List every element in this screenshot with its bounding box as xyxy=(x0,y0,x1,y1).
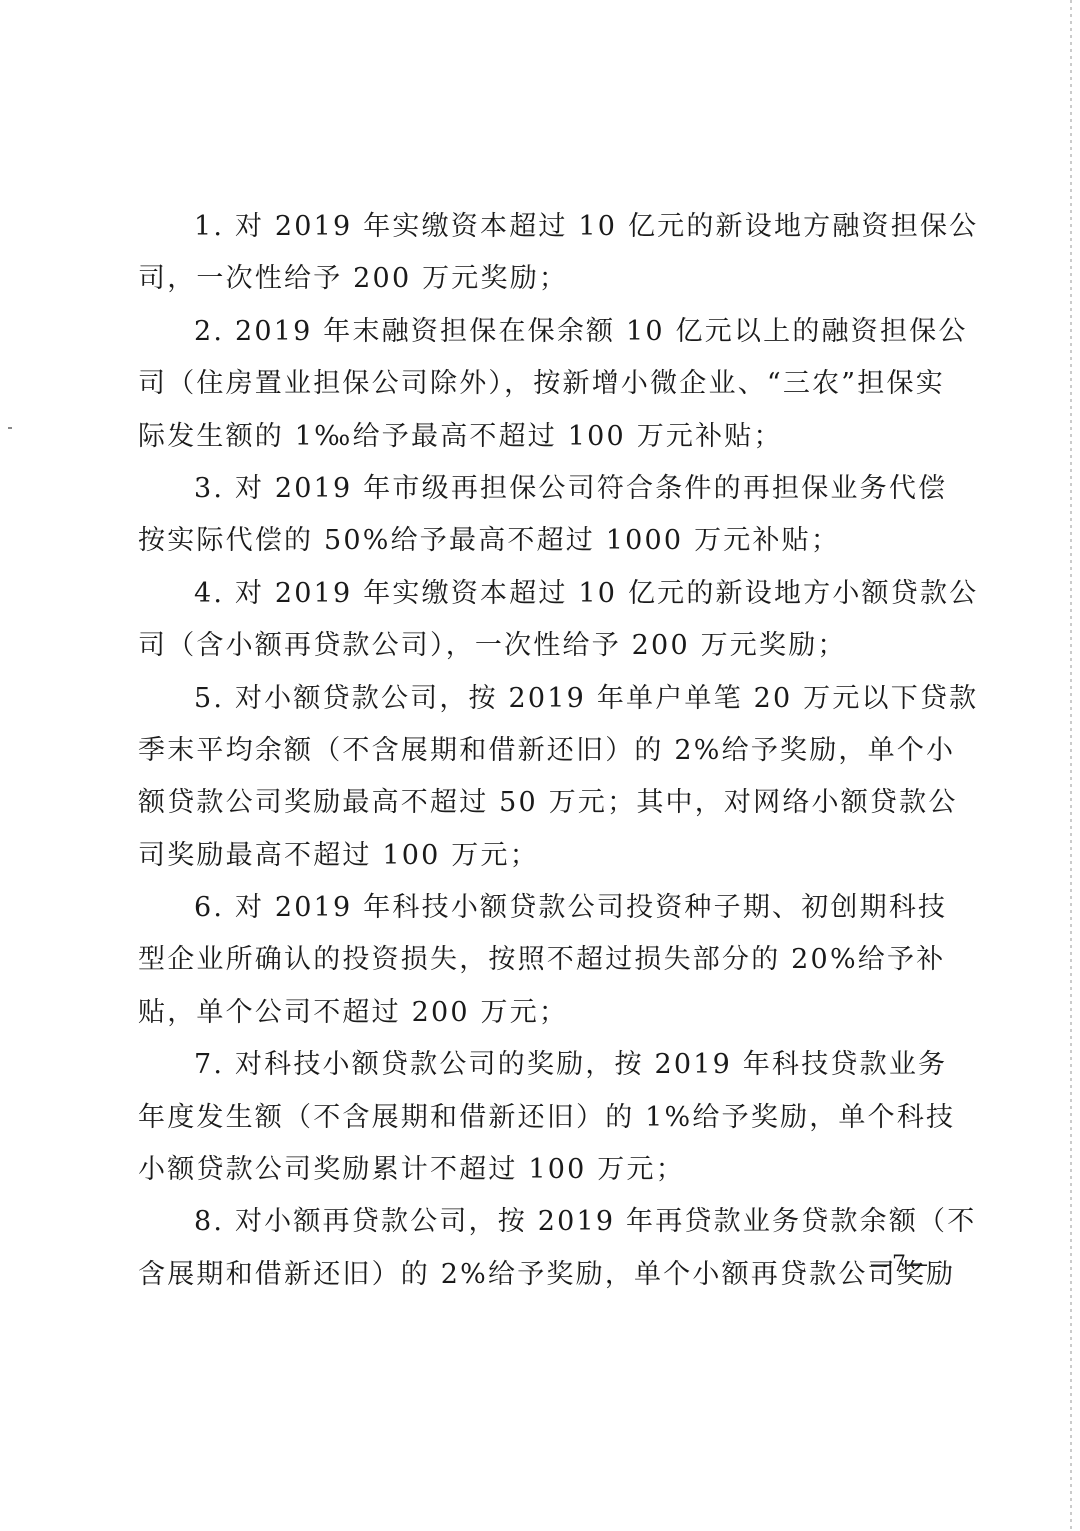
paragraph-line: 小额贷款公司奖励累计不超过 100 万元； xyxy=(138,1144,938,1196)
page-number: —7— xyxy=(870,1252,928,1277)
paragraph-line: 按实际代偿的 50%给予最高不超过 1000 万元补贴； xyxy=(138,515,938,567)
paragraph-line: 6. 对 2019 年科技小额贷款公司投资种子期、初创期科技 xyxy=(138,882,938,934)
paragraph-line: 司（住房置业担保公司除外），按新增小微企业、“三农”担保实 xyxy=(138,358,938,410)
paragraph-line: 司（含小额再贷款公司），一次性给予 200 万元奖励； xyxy=(138,620,938,672)
paragraph-line: 季末平均余额（不含展期和借新还旧）的 2%给予奖励，单个小 xyxy=(138,725,938,777)
paragraph-line: 8. 对小额再贷款公司，按 2019 年再贷款业务贷款余额（不 xyxy=(138,1196,938,1248)
paragraph-line: 2. 2019 年末融资担保在保余额 10 亿元以上的融资担保公 xyxy=(138,306,938,358)
paragraph-line: 贴，单个公司不超过 200 万元； xyxy=(138,987,938,1039)
scan-dot-artifact xyxy=(8,427,12,429)
document-page: 1. 对 2019 年实缴资本超过 10 亿元的新设地方融资担保公 司，一次性给… xyxy=(0,0,1080,1531)
paragraph-line: 3. 对 2019 年市级再担保公司符合条件的再担保业务代偿 xyxy=(138,463,938,515)
paragraph-line: 年度发生额（不含展期和借新还旧）的 1%给予奖励，单个科技 xyxy=(138,1092,938,1144)
paragraph-line: 司奖励最高不超过 100 万元； xyxy=(138,830,938,882)
paragraph-line: 际发生额的 1‰给予最高不超过 100 万元补贴； xyxy=(138,411,938,463)
paragraph-line: 型企业所确认的投资损失，按照不超过损失部分的 20%给予补 xyxy=(138,934,938,986)
paragraph-line: 7. 对科技小额贷款公司的奖励，按 2019 年科技贷款业务 xyxy=(138,1039,938,1091)
document-body: 1. 对 2019 年实缴资本超过 10 亿元的新设地方融资担保公 司，一次性给… xyxy=(138,201,938,1301)
paragraph-line: 额贷款公司奖励最高不超过 50 万元；其中，对网络小额贷款公 xyxy=(138,777,938,829)
paragraph-line: 司，一次性给予 200 万元奖励； xyxy=(138,253,938,305)
paragraph-line: 5. 对小额贷款公司，按 2019 年单户单笔 20 万元以下贷款 xyxy=(138,673,938,725)
paragraph-line: 1. 对 2019 年实缴资本超过 10 亿元的新设地方融资担保公 xyxy=(138,201,938,253)
paragraph-line: 含展期和借新还旧）的 2%给予奖励，单个小额再贷款公司奖励 xyxy=(138,1249,938,1301)
scan-edge-artifact xyxy=(1070,0,1072,1531)
paragraph-line: 4. 对 2019 年实缴资本超过 10 亿元的新设地方小额贷款公 xyxy=(138,568,938,620)
